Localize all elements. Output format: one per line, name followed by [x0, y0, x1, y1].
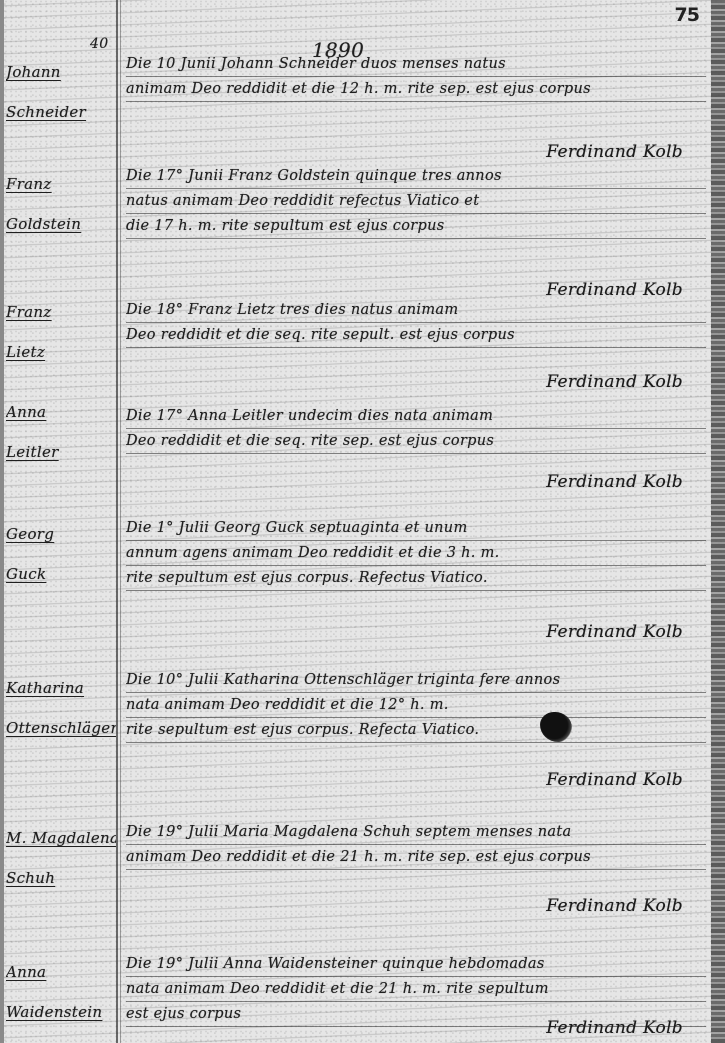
given-name: Johann — [6, 52, 116, 92]
signature: Ferdinand Kolb — [546, 1018, 683, 1038]
given-name: Franz — [6, 292, 116, 332]
margin-rule-secondary — [120, 0, 121, 1043]
entry-name: Katharina Ottenschläger — [6, 668, 116, 748]
entry-text: Die 17° Anna Leitler undecim dies nata a… — [126, 404, 706, 454]
entry-line: natus animam Deo reddidit refectus Viati… — [126, 189, 706, 214]
entry-line: Die 1° Julii Georg Guck septuaginta et u… — [126, 516, 706, 541]
surname: Guck — [6, 554, 116, 594]
entry-text: Die 10° Julii Katharina Ottenschläger tr… — [126, 668, 706, 743]
page-left-edge — [0, 0, 4, 1043]
signature: Ferdinand Kolb — [546, 280, 683, 300]
surname: Leitler — [6, 432, 116, 472]
entry-name: Anna Leitler — [6, 392, 116, 472]
entry-line: Deo reddidit et die seq. rite sep. est e… — [126, 429, 706, 454]
signature: Ferdinand Kolb — [546, 142, 683, 162]
entry-line: animam Deo reddidit et die 21 h. m. rite… — [126, 845, 706, 870]
entry-line: Die 17° Anna Leitler undecim dies nata a… — [126, 404, 706, 429]
given-name: M. Magdalena — [6, 818, 116, 858]
signature: Ferdinand Kolb — [546, 472, 683, 492]
given-name: Franz — [6, 164, 116, 204]
entry-line: rite sepultum est ejus corpus. Refecta V… — [126, 718, 706, 743]
surname: Ottenschläger — [6, 708, 116, 748]
entry-line: nata animam Deo reddidit et die 21 h. m.… — [126, 977, 706, 1002]
entry-number: 40 — [90, 36, 108, 52]
entry-text: Die 1° Julii Georg Guck septuaginta et u… — [126, 516, 706, 591]
entry-name: Georg Guck — [6, 514, 116, 594]
entry-name: Franz Lietz — [6, 292, 116, 372]
entry-text: Die 17° Junii Franz Goldstein quinque tr… — [126, 164, 706, 239]
entry-line: nata animam Deo reddidit et die 12° h. m… — [126, 693, 706, 718]
surname: Schneider — [6, 92, 116, 132]
entry-line: die 17 h. m. rite sepultum est ejus corp… — [126, 214, 706, 239]
register-page: 75 1890 40 Johann Schneider Die 10 Junii… — [0, 0, 725, 1043]
entry-name: Johann Schneider — [6, 52, 116, 132]
entry-line: Deo reddidit et die seq. rite sepult. es… — [126, 323, 706, 348]
given-name: Anna — [6, 392, 116, 432]
entry-name: M. Magdalena Schuh — [6, 818, 116, 898]
surname: Goldstein — [6, 204, 116, 244]
entry-text: Die 19° Julii Anna Waidensteiner quinque… — [126, 952, 706, 1027]
entry-name: Franz Goldstein — [6, 164, 116, 244]
entry-line: animam Deo reddidit et die 12 h. m. rite… — [126, 77, 706, 102]
entry-line: rite sepultum est ejus corpus. Refectus … — [126, 566, 706, 591]
given-name: Anna — [6, 952, 116, 992]
signature: Ferdinand Kolb — [546, 372, 683, 392]
entry-line: Die 18° Franz Lietz tres dies natus anim… — [126, 298, 706, 323]
entry-name: Anna Waidenstein — [6, 952, 116, 1032]
entry-line: Die 10 Junii Johann Schneider duos mense… — [126, 52, 706, 77]
entry-text: Die 19° Julii Maria Magdalena Schuh sept… — [126, 820, 706, 870]
signature: Ferdinand Kolb — [546, 770, 683, 790]
entry-text: Die 10 Junii Johann Schneider duos mense… — [126, 52, 706, 102]
given-name: Georg — [6, 514, 116, 554]
entry-line: Die 10° Julii Katharina Ottenschläger tr… — [126, 668, 706, 693]
signature: Ferdinand Kolb — [546, 622, 683, 642]
surname: Lietz — [6, 332, 116, 372]
margin-rule — [116, 0, 118, 1043]
page-number: 75 — [675, 4, 699, 26]
entry-line: annum agens animam Deo reddidit et die 3… — [126, 541, 706, 566]
page-right-edge-shadow — [711, 0, 725, 1043]
surname: Schuh — [6, 858, 116, 898]
entry-line: Die 19° Julii Anna Waidensteiner quinque… — [126, 952, 706, 977]
signature: Ferdinand Kolb — [546, 896, 683, 916]
entry-line: Die 17° Junii Franz Goldstein quinque tr… — [126, 164, 706, 189]
entry-text: Die 18° Franz Lietz tres dies natus anim… — [126, 298, 706, 348]
entry-line: Die 19° Julii Maria Magdalena Schuh sept… — [126, 820, 706, 845]
surname: Waidenstein — [6, 992, 116, 1032]
given-name: Katharina — [6, 668, 116, 708]
